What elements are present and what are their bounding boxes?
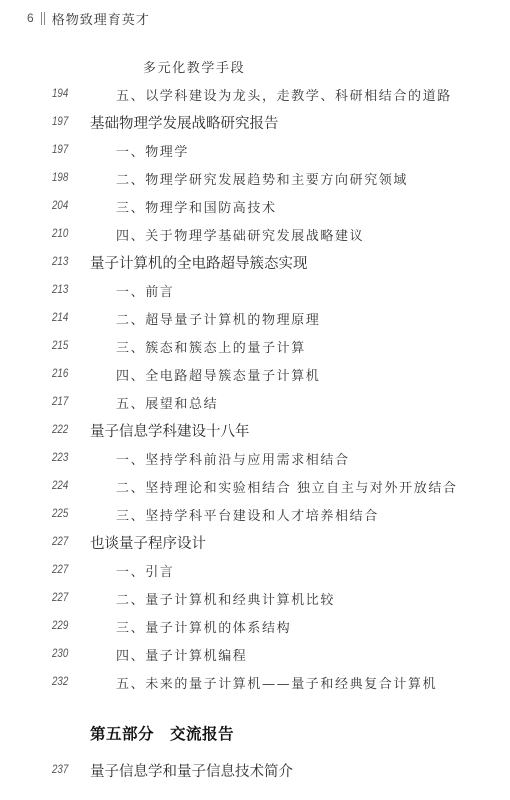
part-title: 交流报告 bbox=[170, 724, 234, 743]
toc-entry-title: 五、以学科建设为龙头，走教学、科研相结合的道路 bbox=[116, 85, 452, 104]
toc-entry-title: 一、坚持学科前沿与应用需求相结合 bbox=[116, 449, 350, 468]
part-heading: 第五部分交流报告 bbox=[90, 722, 234, 744]
toc-page-number: 213 bbox=[52, 284, 68, 296]
toc-section-entry: 224二、坚持理论和实验相结合 独立自主与对外开放结合 bbox=[0, 476, 510, 496]
toc-page-number: 225 bbox=[52, 508, 68, 520]
toc-page-number: 216 bbox=[52, 368, 68, 380]
toc-entry-title: 一、引言 bbox=[116, 561, 174, 580]
toc-page-number: 213 bbox=[52, 256, 68, 268]
toc-page-number: 210 bbox=[52, 228, 68, 240]
toc-section-entry: 194五、以学科建设为龙头，走教学、科研相结合的道路 bbox=[0, 84, 510, 104]
toc-entry-title: 一、物理学 bbox=[116, 141, 189, 160]
book-title: 格物致理育英才 bbox=[52, 9, 150, 28]
toc-entry-title: 四、关于物理学基础研究发展战略建议 bbox=[116, 225, 364, 244]
toc-entry-title: 多元化教学手段 bbox=[143, 57, 245, 76]
toc-article-entry: 222量子信息学科建设十八年 bbox=[0, 420, 510, 440]
toc-section-entry: 216四、全电路超导簇态量子计算机 bbox=[0, 364, 510, 384]
toc-page-number: 217 bbox=[52, 396, 68, 408]
toc-entry-title: 量子计算机的全电路超导簇态实现 bbox=[90, 252, 308, 273]
toc-page-number: 198 bbox=[52, 172, 68, 184]
toc-page-number: 227 bbox=[52, 564, 68, 576]
toc-page-number: 204 bbox=[52, 200, 68, 212]
toc-section-entry: 214二、超导量子计算机的物理原理 bbox=[0, 308, 510, 328]
toc-entry-title: 量子信息学科建设十八年 bbox=[90, 420, 250, 441]
toc-article-entry: 237量子信息学和量子信息技术简介 bbox=[0, 760, 510, 780]
toc-section-entry: 223一、坚持学科前沿与应用需求相结合 bbox=[0, 448, 510, 468]
toc-entry-title: 五、展望和总结 bbox=[116, 393, 218, 412]
part-number: 第五部分 bbox=[90, 724, 154, 743]
toc-entry-title: 三、物理学和国防高技术 bbox=[116, 197, 277, 216]
toc-page-number: 227 bbox=[52, 592, 68, 604]
toc-page-number: 227 bbox=[52, 536, 68, 548]
toc-entry-title: 四、量子计算机编程 bbox=[116, 645, 247, 664]
toc-section-entry: 230四、量子计算机编程 bbox=[0, 644, 510, 664]
toc-page-number: 230 bbox=[52, 648, 68, 660]
toc-section-entry: 210四、关于物理学基础研究发展战略建议 bbox=[0, 224, 510, 244]
toc-section-entry: 227二、量子计算机和经典计算机比较 bbox=[0, 588, 510, 608]
toc-page-number: 224 bbox=[52, 480, 68, 492]
toc-page-number: 215 bbox=[52, 340, 68, 352]
toc-entry-title: 二、物理学研究发展趋势和主要方向研究领域 bbox=[116, 169, 408, 188]
toc-section-entry: 197一、物理学 bbox=[0, 140, 510, 160]
toc-article-entry: 213量子计算机的全电路超导簇态实现 bbox=[0, 252, 510, 272]
toc-page-number: 197 bbox=[52, 116, 68, 128]
toc-section-entry: 213一、前言 bbox=[0, 280, 510, 300]
page-number: 6 bbox=[27, 11, 34, 25]
toc-page-number: 232 bbox=[52, 676, 68, 688]
toc-page-number: 214 bbox=[52, 312, 68, 324]
toc-page-number: 223 bbox=[52, 452, 68, 464]
toc-entry-title: 二、量子计算机和经典计算机比较 bbox=[116, 589, 335, 608]
toc-page-number: 237 bbox=[52, 764, 68, 776]
toc-entry-title: 基础物理学发展战略研究报告 bbox=[90, 112, 279, 133]
toc-page-number: 194 bbox=[52, 88, 68, 100]
toc-page-number: 222 bbox=[52, 424, 68, 436]
toc-page-number: 229 bbox=[52, 620, 68, 632]
toc-entry-title: 二、坚持理论和实验相结合 独立自主与对外开放结合 bbox=[116, 477, 458, 496]
toc-entry-title: 一、前言 bbox=[116, 281, 174, 300]
toc-entry-title: 三、簇态和簇态上的量子计算 bbox=[116, 337, 306, 356]
toc-section-entry: 204三、物理学和国防高技术 bbox=[0, 196, 510, 216]
running-head: 6 格物致理育英才 bbox=[27, 8, 150, 28]
toc-section-entry: 227一、引言 bbox=[0, 560, 510, 580]
toc-section-entry: 229三、量子计算机的体系结构 bbox=[0, 616, 510, 636]
toc-section-entry: 232五、未来的量子计算机——量子和经典复合计算机 bbox=[0, 672, 510, 692]
toc-entry-title: 四、全电路超导簇态量子计算机 bbox=[116, 365, 320, 384]
toc-entry-title: 三、坚持学科平台建设和人才培养相结合 bbox=[116, 505, 379, 524]
toc-article-entry: 227也谈量子程序设计 bbox=[0, 532, 510, 552]
toc-section-entry: 198二、物理学研究发展趋势和主要方向研究领域 bbox=[0, 168, 510, 188]
toc-entry-title: 也谈量子程序设计 bbox=[90, 532, 206, 553]
toc-section-entry: 217五、展望和总结 bbox=[0, 392, 510, 412]
double-bar-divider-icon bbox=[41, 12, 45, 25]
toc-continuation-line: 多元化教学手段 bbox=[0, 56, 510, 76]
toc-entry-title: 三、量子计算机的体系结构 bbox=[116, 617, 291, 636]
toc-article-entry: 197基础物理学发展战略研究报告 bbox=[0, 112, 510, 132]
toc-entry-title: 二、超导量子计算机的物理原理 bbox=[116, 309, 320, 328]
toc-page-number: 197 bbox=[52, 144, 68, 156]
toc-section-entry: 225三、坚持学科平台建设和人才培养相结合 bbox=[0, 504, 510, 524]
toc-entry-title: 五、未来的量子计算机——量子和经典复合计算机 bbox=[116, 673, 437, 692]
toc-section-entry: 215三、簇态和簇态上的量子计算 bbox=[0, 336, 510, 356]
toc-entry-title: 量子信息学和量子信息技术简介 bbox=[90, 760, 293, 781]
